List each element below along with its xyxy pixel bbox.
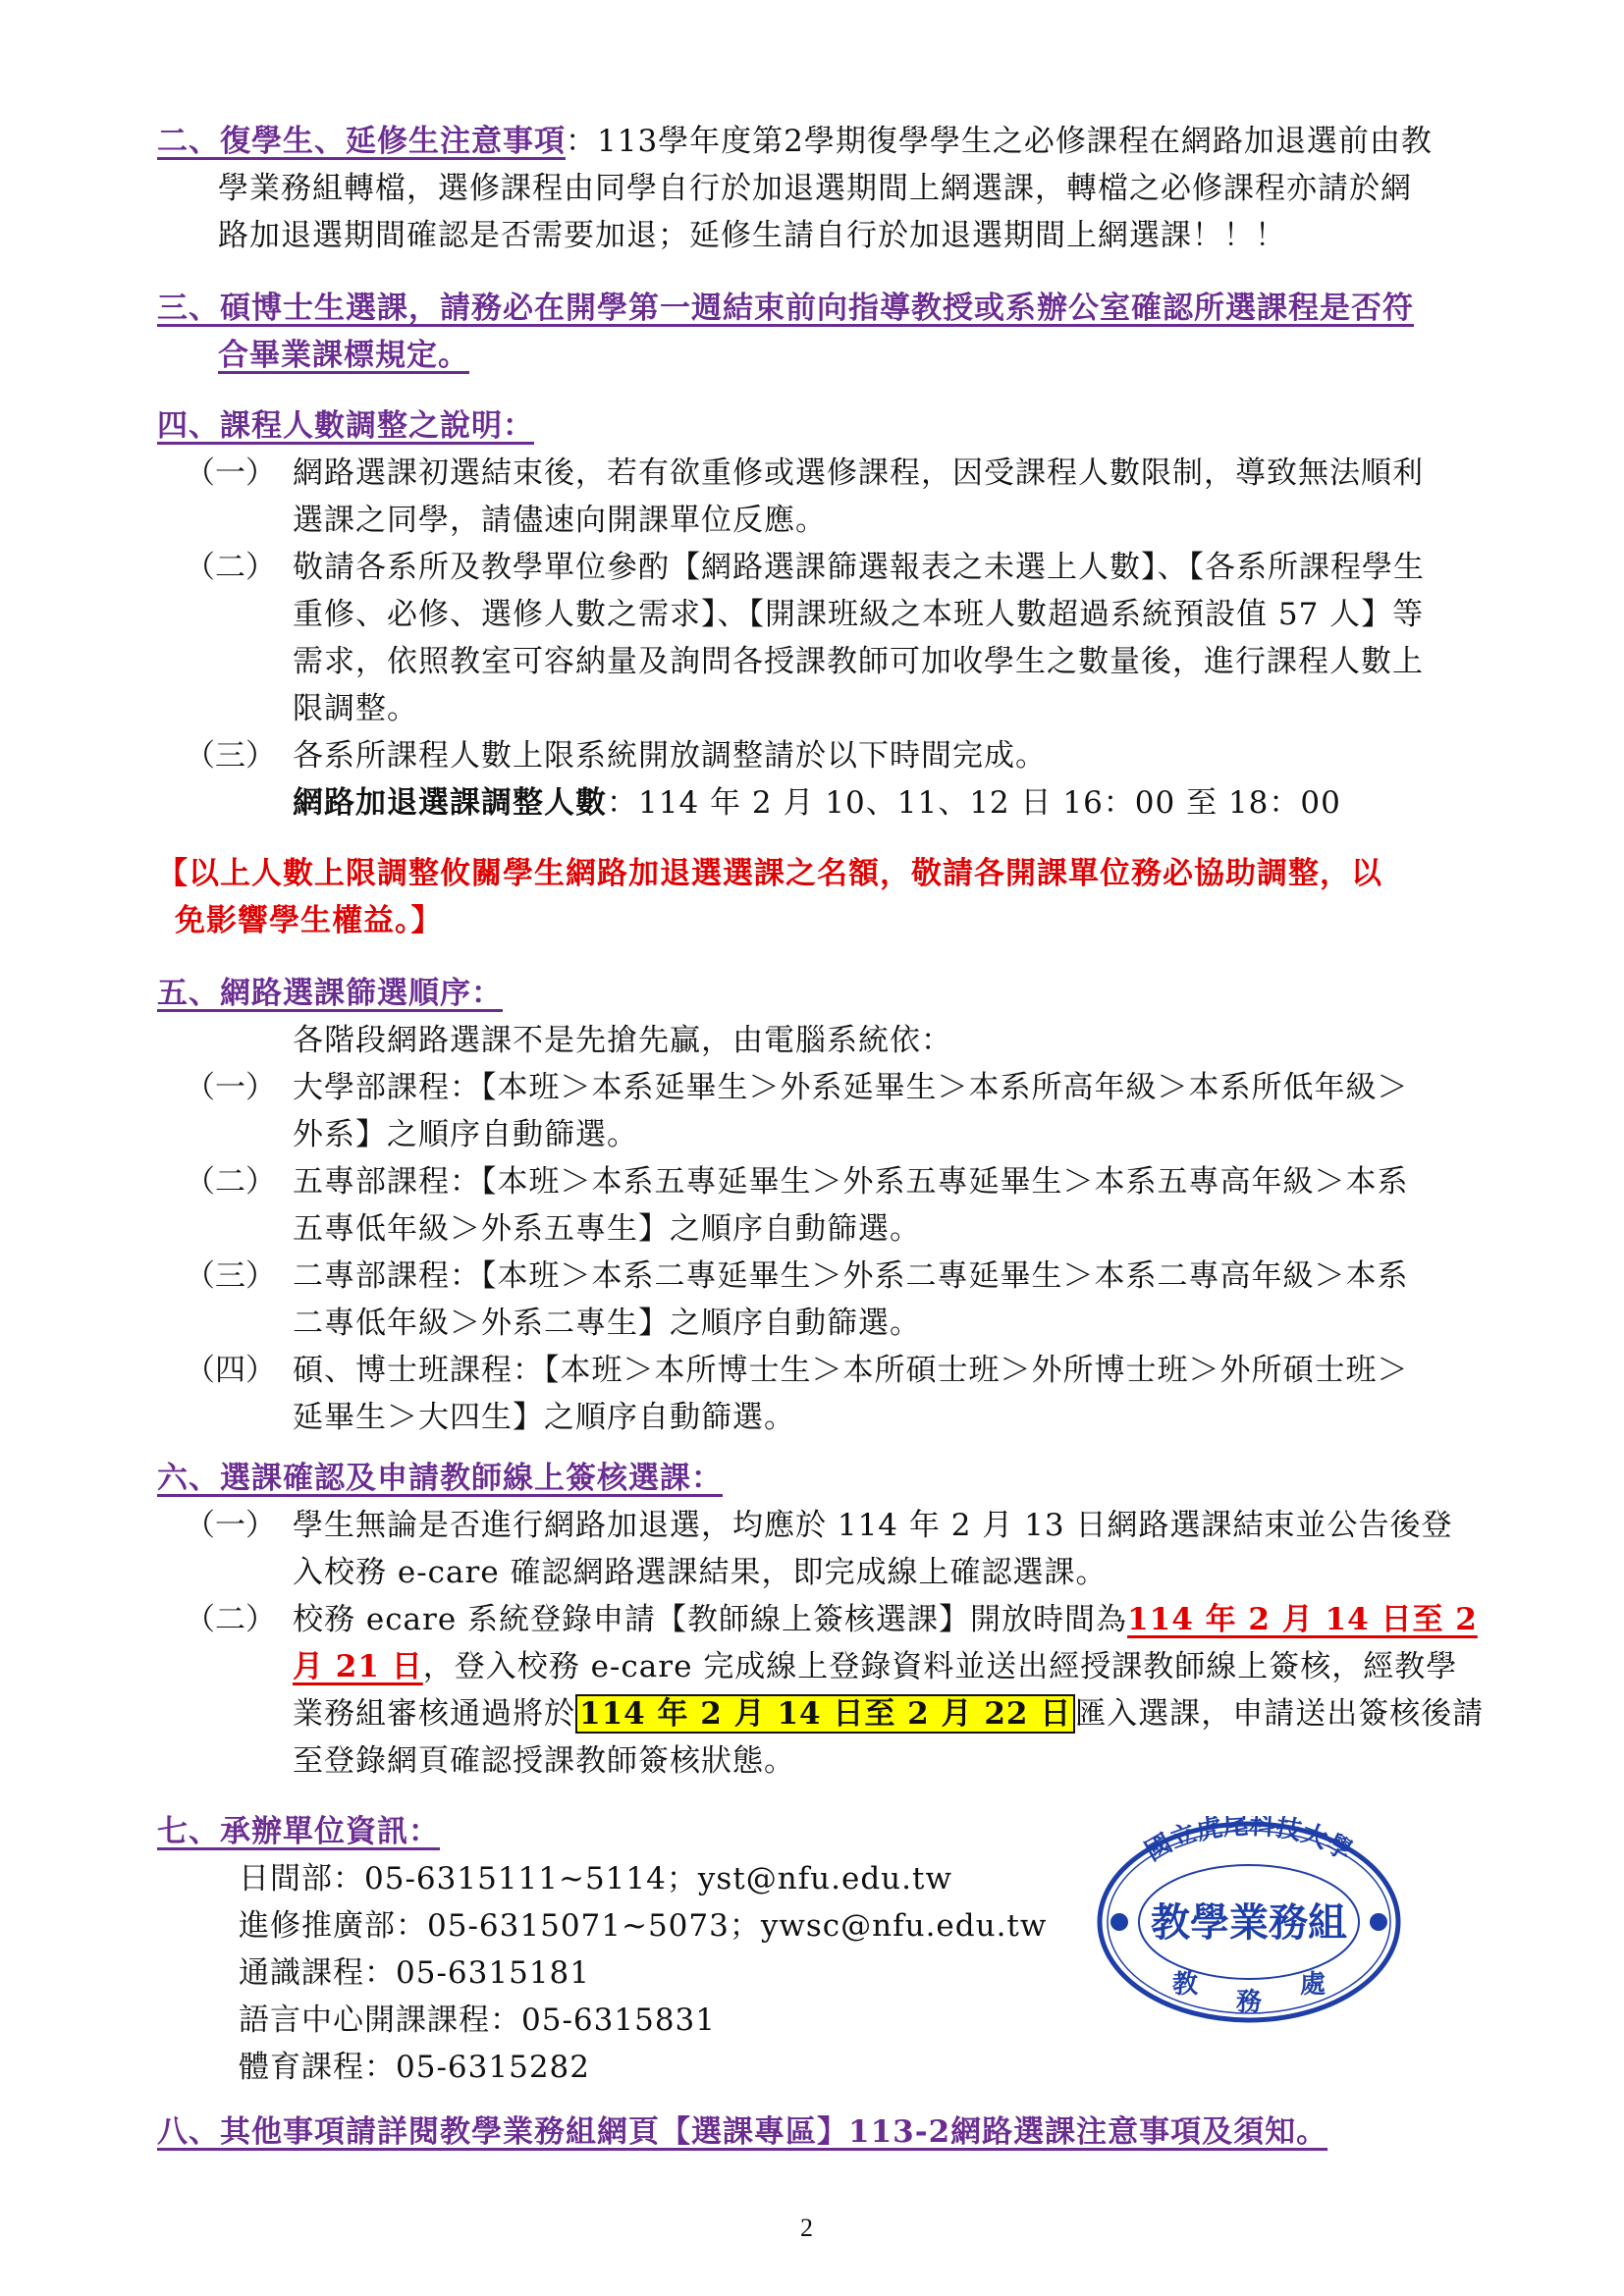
section-4-heading: 四、課程人數調整之說明： bbox=[157, 404, 534, 448]
list-item-line: 入校務 e-care 確認網路選課結果，即完成線上確認選課。 bbox=[293, 1551, 1108, 1594]
contact-physical-education: 體育課程：05-6315282 bbox=[239, 2046, 590, 2089]
section-2-heading: 二、復學生、延修生注意事項 bbox=[157, 124, 566, 159]
open-period-date-end: 月 21 日 bbox=[293, 1649, 423, 1684]
page-number: 2 bbox=[800, 2214, 813, 2243]
list-number: （二） bbox=[185, 1598, 276, 1641]
import-period-highlight: 114 年 2 月 14 日至 2 月 22 日 bbox=[575, 1694, 1075, 1734]
list-number: （二） bbox=[185, 1160, 276, 1203]
list-number: （三） bbox=[185, 1255, 276, 1298]
list-item-line: 大學部課程：【本班＞本系延畢生＞外系延畢生＞本系所高年級＞本系所低年級＞ bbox=[293, 1066, 1409, 1109]
list-number: （一） bbox=[185, 1504, 276, 1547]
seal-center-text: 教學業務組 bbox=[1151, 1899, 1347, 1946]
list-item-line: 各系所課程人數上限系統開放調整請於以下時間完成。 bbox=[293, 734, 1047, 777]
list-item-line: 選課之同學，請儘速向開課單位反應。 bbox=[293, 499, 827, 542]
list-item-line: 二專低年級＞外系二專生】之順序自動篩選。 bbox=[293, 1302, 921, 1345]
section-5-intro: 各階段網路選課不是先搶先贏，由電腦系統依： bbox=[293, 1019, 952, 1062]
list-number: （四） bbox=[185, 1349, 276, 1392]
warning-line-1: 【以上人數上限調整攸關學生網路加退選選課之名額，敬請各開課單位務必協助調整，以 bbox=[157, 852, 1382, 895]
contact-language-center: 語言中心開課課程：05-6315831 bbox=[239, 1999, 716, 2042]
svg-text:務: 務 bbox=[1235, 1988, 1262, 2017]
list-number: （一） bbox=[185, 1066, 276, 1109]
list-item-line: 至登錄網頁確認授課教師簽核狀態。 bbox=[293, 1739, 795, 1783]
section-8-heading: 八、其他事項請詳閱教學業務組網頁【選課專區】113-2網路選課注意事項及須知。 bbox=[157, 2110, 1327, 2154]
section-3-heading-line-1: 三、碩博士生選課，請務必在開學第一週結束前向指導教授或系辦公室確認所選課程是否符 bbox=[157, 287, 1414, 330]
section-2-line-3: 路加退選期間確認是否需要加退；延修生請自行於加退選期間上網選課！！！ bbox=[218, 214, 1286, 257]
contact-day-division: 日間部：05-6315111~5114；yst@nfu.edu.tw bbox=[239, 1857, 952, 1900]
section-2-line-2: 學業務組轉檔，選修課程由同學自行於加退選期間上網選課，轉檔之必修課程亦請於網 bbox=[218, 167, 1412, 210]
document-page: 二、復學生、延修生注意事項：113學年度第2學期復學學生之必修課程在網路加退選前… bbox=[0, 0, 1624, 2296]
contact-extension-division: 進修推廣部：05-6315071~5073；ywsc@nfu.edu.tw bbox=[239, 1904, 1047, 1948]
schedule-label: 網路加退選課調整人數 bbox=[293, 785, 607, 821]
list-item-line: 學生無論是否進行網路加退選，均應於 114 年 2 月 13 日網路選課結束並公… bbox=[293, 1504, 1452, 1547]
plum-blossom-icon bbox=[1370, 1913, 1387, 1931]
list-item-line: 月 21 日，登入校務 e-care 完成線上登錄資料並送出經授課教師線上簽核，… bbox=[293, 1645, 1457, 1688]
list-item-line: 業務組審核通過將於114 年 2 月 14 日至 2 月 22 日匯入選課，申請… bbox=[293, 1692, 1484, 1735]
svg-text:教: 教 bbox=[1172, 1970, 1199, 2000]
list-item-line: 延畢生＞大四生】之順序自動篩選。 bbox=[293, 1396, 795, 1439]
section-3-heading-line-2: 合畢業課標規定。 bbox=[218, 334, 469, 377]
list-item-line: 二專部課程：【本班＞本系二專延畢生＞外系二專延畢生＞本系二專高年級＞本系 bbox=[293, 1255, 1409, 1298]
list-item-line: 五專低年級＞外系五專生】之順序自動篩選。 bbox=[293, 1207, 921, 1251]
list-number: （一） bbox=[185, 452, 276, 495]
list-item-line: 限調整。 bbox=[293, 687, 418, 730]
plum-blossom-icon bbox=[1110, 1913, 1128, 1931]
list-item-line: 校務 ecare 系統登錄申請【教師線上簽核選課】開放時間為114 年 2 月 … bbox=[293, 1598, 1478, 1641]
list-number: （三） bbox=[185, 734, 276, 777]
list-item-line: 敬請各系所及教學單位參酌【網路選課篩選報表之未選上人數】、【各系所課程學生 bbox=[293, 546, 1425, 589]
list-item-line: 需求，依照教室可容納量及詢問各授課教師可加收學生之數量後，進行課程人數上 bbox=[293, 640, 1424, 683]
section-5-heading: 五、網路選課篩選順序： bbox=[157, 972, 503, 1015]
list-item-line: 五專部課程：【本班＞本系五專延畢生＞外系五專延畢生＞本系五專高年級＞本系 bbox=[293, 1160, 1409, 1203]
warning-line-2: 免影響學生權益。】 bbox=[175, 899, 443, 942]
section-2-line-1: 二、復學生、延修生注意事項：113學年度第2學期復學學生之必修課程在網路加退選前… bbox=[157, 120, 1433, 163]
list-item-line: 網路選課初選結束後，若有欲重修或選修課程，因受課程人數限制，導致無法順利 bbox=[293, 452, 1424, 495]
list-item-line: 碩、博士班課程：【本班＞本所博士生＞本所碩士班＞外所博士班＞外所碩士班＞ bbox=[293, 1349, 1409, 1392]
schedule-line: 網路加退選課調整人數：114 年 2 月 10、11、12 日 16：00 至 … bbox=[293, 781, 1341, 825]
svg-text:處: 處 bbox=[1300, 1970, 1326, 2000]
section-7-heading: 七、承辦單位資訊： bbox=[157, 1810, 440, 1853]
section-6-heading: 六、選課確認及申請教師線上簽核選課： bbox=[157, 1457, 723, 1500]
list-item-line: 外系】之順序自動篩選。 bbox=[293, 1113, 638, 1156]
open-period-date: 114 年 2 月 14 日至 2 bbox=[1127, 1602, 1478, 1637]
list-number: （二） bbox=[185, 546, 276, 589]
contact-general-education: 通識課程：05-6315181 bbox=[239, 1951, 590, 1995]
list-item-line: 重修、必修、選修人數之需求】、【開課班級之本班人數超過系統預設值 57 人】等 bbox=[293, 593, 1424, 636]
schedule-value: ：114 年 2 月 10、11、12 日 16：00 至 18：00 bbox=[607, 785, 1341, 821]
official-seal-stamp: 國立虎尾科技大學 教學業務組 教 務 處 bbox=[1092, 1816, 1406, 2027]
